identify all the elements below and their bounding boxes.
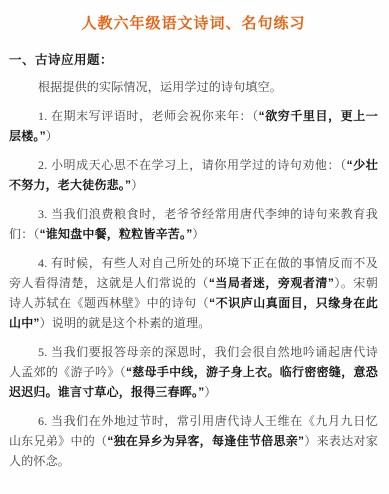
answer-quote: “谁知盘中餐，粒粒皆辛苦。” <box>40 227 193 241</box>
answer-quote: “独在异乡为异客，每逢佳节倍思亲” <box>107 434 304 448</box>
section-heading: 一、古诗应用题： <box>9 50 378 68</box>
intro-paragraph: 根据提供的实际情况，运用学过的诗句填空。 <box>9 77 378 97</box>
question-text: ） <box>204 385 216 399</box>
question-item-2: 2. 小明成天心思不在学习上，请你用学过的诗句劝他：（“少壮不努力，老大徒伤悲。… <box>9 155 378 195</box>
question-item-4: 4. 有时候，有些人对自己所处的环境下正在做的事情反而不及旁人看得清楚，这就是人… <box>9 253 378 333</box>
answer-quote: “当局者迷，旁观者清” <box>209 276 334 290</box>
question-text: ） <box>131 178 143 192</box>
question-text: 1. 在期末写评语时，老师会祝你来年：（ <box>38 109 259 123</box>
question-text: ）说明的就是这个朴素的道理。 <box>40 316 211 330</box>
question-item-6: 6. 当我们在外地过节时，常引用唐代诗人王维在《九月九日忆山东兄弟》中的（“独在… <box>9 411 378 471</box>
worksheet-document: 人教六年级语文诗词、名句练习 一、古诗应用题： 根据提供的实际情况，运用学过的诗… <box>0 0 389 471</box>
question-text: 2. 小明成天心思不在学习上，请你用学过的诗句劝他：（ <box>38 158 347 172</box>
question-text: ） <box>46 129 58 143</box>
question-item-1: 1. 在期末写评语时，老师会祝你来年：（“欲穷千里目，更上一层楼。”） <box>9 106 378 146</box>
question-text: ） <box>192 227 204 241</box>
question-item-3: 3. 当我们浪费粮食时，老爷爷经常用唐代李绅的诗句来教育我们：（“谁知盘中餐，粒… <box>9 204 378 244</box>
page-title: 人教六年级语文诗词、名句练习 <box>9 12 378 33</box>
question-item-5: 5. 当我们要报答母亲的深恩时，我们会很自然地吟诵起唐代诗人孟郊的《游子吟》（“… <box>9 342 378 402</box>
